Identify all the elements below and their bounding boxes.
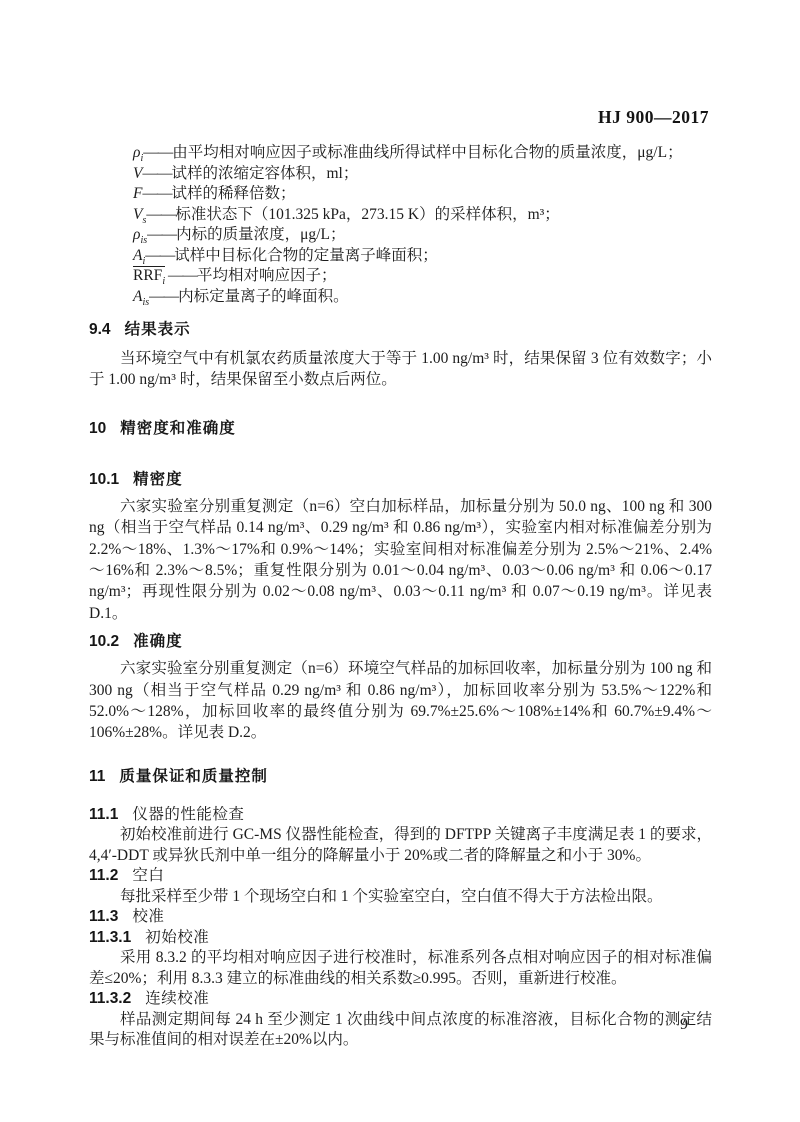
clause-10-1-paragraph: 六家实验室分别重复测定（n=6）空白加标样品，加标量分别为 50.0 ng、10…: [89, 496, 712, 624]
clause-number: 10.2: [89, 633, 119, 650]
clause-title: 精密度和准确度: [120, 420, 236, 437]
definition-item: Ai——试样中目标化合物的定量离子峰面积；: [133, 246, 712, 267]
clause-11-3-2-heading: 11.3.2连续校准: [89, 989, 712, 1010]
definition-symbol: Ai: [133, 247, 145, 264]
clause-10-2-paragraph: 六家实验室分别重复测定（n=6）环境空气样品的加标回收率，加标量分别为 100 …: [89, 658, 712, 744]
definition-item: ρi——由平均相对响应因子或标准曲线所得试样中目标化合物的质量浓度，μg/L；: [133, 143, 712, 164]
clause-11-2-heading: 11.2空白: [89, 866, 712, 887]
clause-11-3-heading: 11.3校准: [89, 907, 712, 928]
clause-number: 11.2: [89, 867, 118, 884]
definition-symbol: Ais: [133, 288, 149, 305]
clause-title: 连续校准: [145, 990, 209, 1007]
clause-number: 9.4: [89, 321, 111, 338]
definition-text: 内标的质量浓度，μg/L；: [176, 226, 345, 243]
clause-11-1-paragraph: 初始校准前进行 GC-MS 仪器性能检查，得到的 DFTPP 关键离子丰度满足表…: [89, 825, 712, 866]
clause-title: 空白: [132, 867, 164, 884]
clause-11-heading: 11质量保证和质量控制: [89, 766, 712, 788]
clause-number: 11.3.1: [89, 929, 131, 946]
clause-title: 结果表示: [125, 321, 191, 338]
definition-item: Vs——标准状态下（101.325 kPa，273.15 K）的采样体积，m³；: [133, 205, 712, 226]
clause-9-4-heading: 9.4结果表示: [89, 319, 712, 341]
clause-number: 11.3.2: [89, 990, 131, 1007]
clause-number: 11.3: [89, 908, 118, 925]
definition-item: F——试样的稀释倍数；: [133, 184, 712, 205]
symbol-definitions-list: ρi——由平均相对响应因子或标准曲线所得试样中目标化合物的质量浓度，μg/L； …: [89, 143, 712, 307]
definition-text: 由平均相对响应因子或标准曲线所得试样中目标化合物的质量浓度，μg/L；: [172, 144, 682, 161]
definition-text: 试样中目标化合物的定量离子峰面积；: [174, 247, 438, 264]
clause-title: 准确度: [133, 633, 183, 650]
clause-10-1-heading: 10.1精密度: [89, 469, 712, 491]
definition-dash: ——: [165, 267, 197, 284]
definition-item: RRFi ——平均相对响应因子；: [133, 266, 712, 287]
clause-10-heading: 10精密度和准确度: [89, 418, 712, 440]
definition-dash: ——: [149, 288, 178, 305]
definition-item: V——试样的浓缩定容体积，ml；: [133, 164, 712, 185]
definition-text: 试样的稀释倍数；: [171, 185, 295, 202]
definition-dash: ——: [145, 247, 174, 264]
clause-11-2-paragraph: 每批采样至少带 1 个现场空白和 1 个实验室空白，空白值不得大于方法检出限。: [89, 887, 712, 908]
definition-text: 标准状态下（101.325 kPa，273.15 K）的采样体积，m³；: [175, 206, 559, 223]
standard-code-header: HJ 900—2017: [598, 107, 709, 128]
clause-11-body: 11.1仪器的性能检查 初始校准前进行 GC-MS 仪器性能检查，得到的 DFT…: [89, 805, 712, 1051]
definition-item: Ais——内标定量离子的峰面积。: [133, 287, 712, 308]
page-number: 9: [680, 1016, 688, 1034]
document-page: HJ 900—2017 ρi——由平均相对响应因子或标准曲线所得试样中目标化合物…: [0, 0, 800, 1122]
clause-number: 11: [89, 768, 105, 785]
definition-symbol: ρi: [133, 144, 143, 161]
clause-title: 精密度: [133, 471, 183, 488]
clause-number: 10: [89, 420, 106, 437]
definition-dash: ——: [147, 226, 176, 243]
definition-symbol: Vs: [133, 206, 146, 223]
clause-11-3-1-heading: 11.3.1初始校准: [89, 928, 712, 949]
definition-dash: ——: [142, 185, 171, 202]
clause-title: 仪器的性能检查: [132, 806, 244, 823]
definition-dash: ——: [142, 165, 171, 182]
clause-title: 初始校准: [145, 929, 209, 946]
clause-number: 10.1: [89, 471, 119, 488]
clause-number: 11.1: [89, 806, 118, 823]
definition-item: ρis——内标的质量浓度，μg/L；: [133, 225, 712, 246]
clause-title: 质量保证和质量控制: [119, 768, 268, 785]
definition-text: 内标定量离子的峰面积。: [178, 288, 349, 305]
definition-symbol: ρis: [133, 226, 147, 243]
clause-10-2-heading: 10.2准确度: [89, 631, 712, 653]
definition-text: 试样的浓缩定容体积，ml；: [171, 165, 358, 182]
clause-11-3-1-paragraph: 采用 8.3.2 的平均相对响应因子进行校准时，标准系列各点相对响应因子的相对标…: [89, 948, 712, 989]
clause-11-3-2-paragraph: 样品测定期间每 24 h 至少测定 1 次曲线中间点浓度的标准溶液，目标化合物的…: [89, 1010, 712, 1051]
definition-dash: ——: [143, 144, 172, 161]
clause-9-4-paragraph: 当环境空气中有机氯农药质量浓度大于等于 1.00 ng/m³ 时，结果保留 3 …: [89, 348, 712, 391]
definition-text: 平均相对响应因子；: [197, 267, 337, 284]
definition-symbol-rrf-mean: RRFi: [133, 266, 165, 284]
clause-title: 校准: [132, 908, 164, 925]
clause-11-1-heading: 11.1仪器的性能检查: [89, 805, 712, 826]
page-content: ρi——由平均相对响应因子或标准曲线所得试样中目标化合物的质量浓度，μg/L； …: [89, 143, 712, 1051]
definition-dash: ——: [146, 206, 175, 223]
